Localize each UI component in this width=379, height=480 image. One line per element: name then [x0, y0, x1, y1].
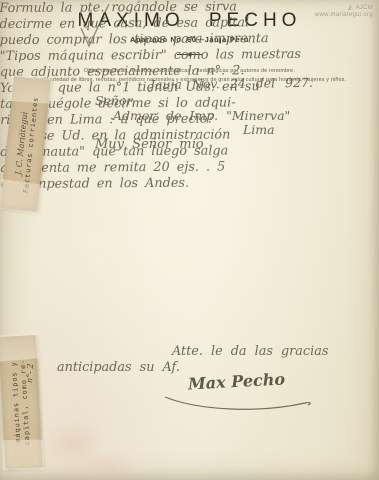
taped-type-sample-2: máquinas tipos y capital, como re- n°- 2: [0, 335, 42, 469]
signature-flourish: [140, 385, 320, 415]
scanned-letter-page: ◭AJCM www.mariategui.org MAXIMO PECHO Ap…: [0, 0, 379, 480]
letter-body-line: ej Tempestad en los Andes.: [1, 175, 301, 193]
ink-smudge: [80, 450, 140, 480]
sample2-handwritten-number: n°- 2: [25, 363, 35, 383]
letter-body-line: "Tipos máquina escribir" como las muestr…: [0, 47, 300, 65]
letter-closing-line-1: Atte. le da las gracias: [172, 344, 328, 359]
letter-body-line: Avise Ud. en la administración: [20, 127, 300, 145]
letter-closing-line-2: anticipadas su Af.: [57, 360, 180, 375]
